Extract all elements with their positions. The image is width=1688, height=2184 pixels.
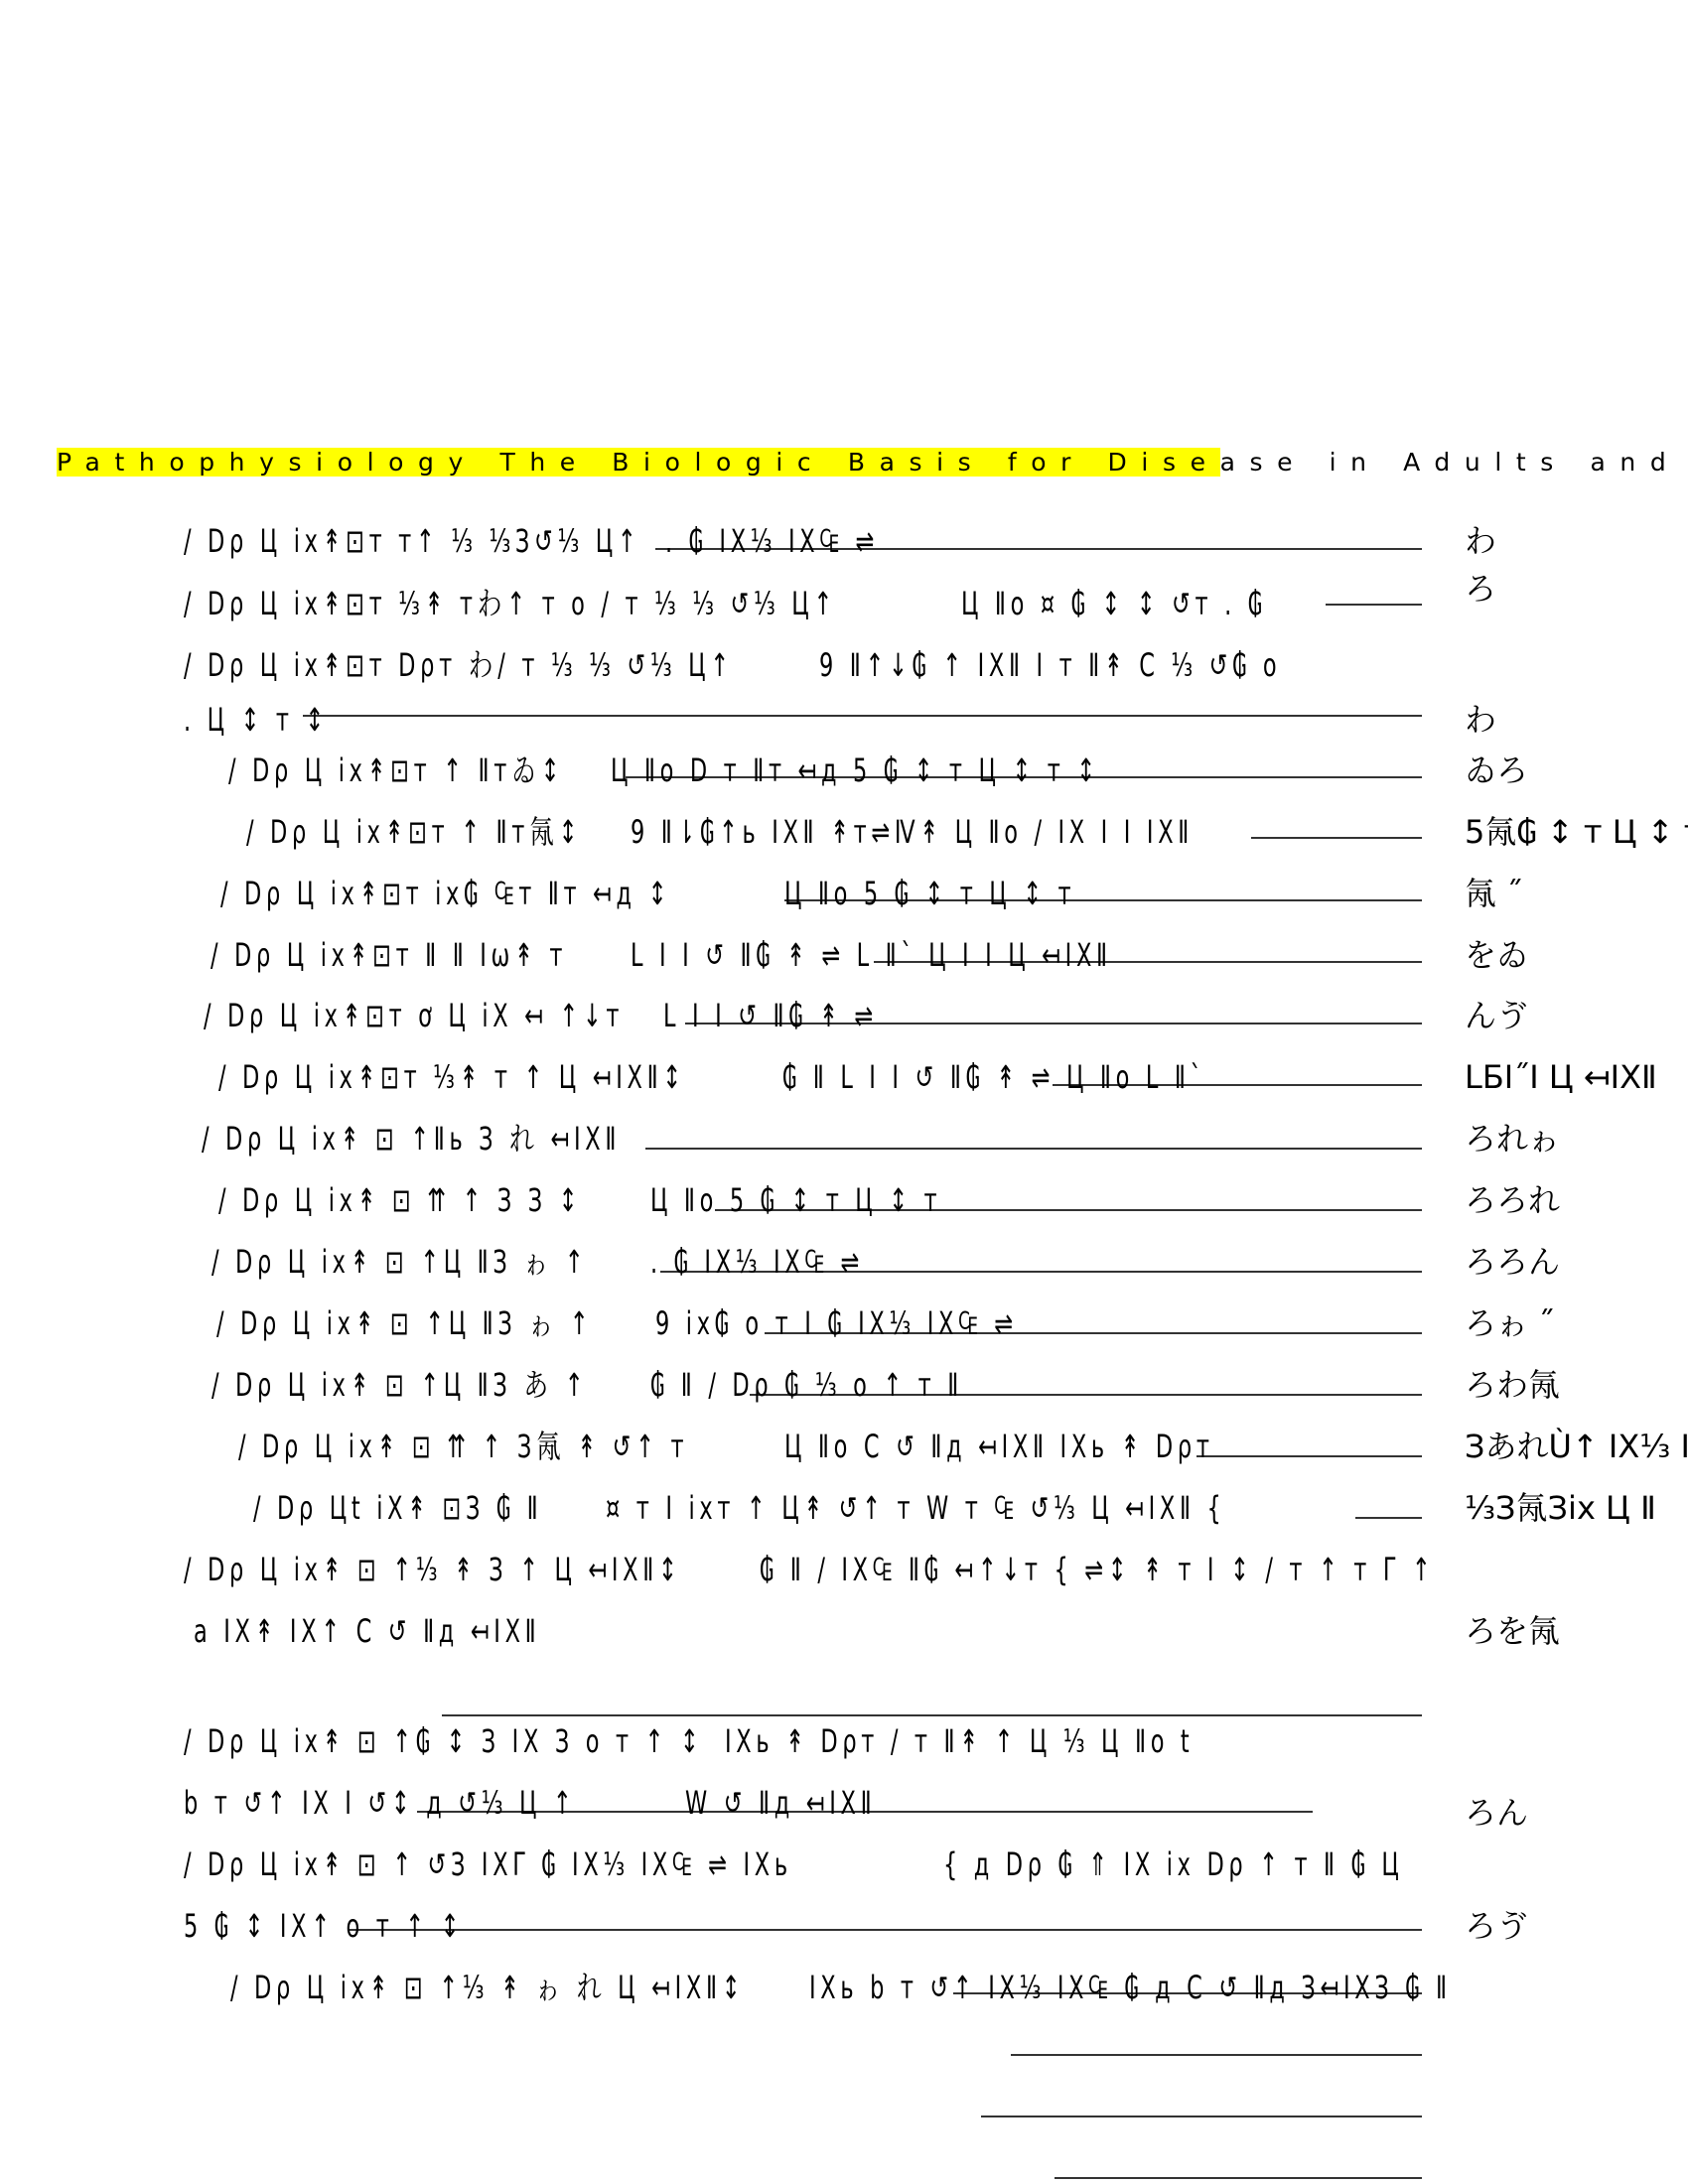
toc-entry-title[interactable]: / Dρ Ц ix↟ ⊡ ⇈ ↑ З氝 ↟ ↺↑ т	[238, 1427, 688, 1466]
toc-leader-line	[1326, 604, 1422, 606]
toc-entry-subtitle[interactable]: 9 Ⅱ↑↓₲ ↑ IXⅡ I т Ⅱ↟ C ⅓ ↺₲ о	[819, 645, 1281, 685]
toc-entry-title[interactable]: / Dρ Ц ix↟ ⊡ ↑ ↺З IXΓ ₲ IX⅓ IX₠ ⇌ IXь	[184, 1844, 792, 1884]
toc-leader-line	[1055, 2177, 1422, 2179]
toc-page-number: わ	[1465, 700, 1496, 740]
toc-entry-subtitle[interactable]: { д Dρ ₲ ⇑ IX ix Dρ ↑ т Ⅱ ₲ Ц	[943, 1844, 1403, 1884]
toc-entry-subtitle[interactable]: Ц Ⅱо 5 ₲ ↕ т Ц ↕ т	[650, 1180, 941, 1220]
toc-page-number: ろ	[1465, 569, 1496, 609]
toc-entry-title[interactable]: / Dρ Ц ix↟⊡т ix₲ ₠т Ⅱт ↤д ↕	[220, 874, 671, 913]
toc-page-number: ЗあれÙ↑ IX⅓ I	[1465, 1427, 1688, 1466]
toc-page-number: ⅓З氝Зix Ц Ⅱ	[1465, 1488, 1656, 1528]
toc-entry-subtitle[interactable]: Ц Ⅱо ¤ ₲ ↕ ↕ ↺т . ₲	[961, 584, 1267, 623]
toc-page-number: んゔ	[1465, 996, 1528, 1035]
toc-entry-title[interactable]: / Dρ Ц ix↟ ⊡ ↑⅓ ↟ З ↑ Ц ↤IXⅡ↕	[184, 1550, 681, 1589]
toc-entry-subtitle[interactable]: . ₲ IX⅓ IX₠ ⇌	[665, 521, 879, 561]
toc-entry-subtitle[interactable]: IXь ↟ Dρт / т Ⅱ↟ ↑ Ц ⅓ Ц Ⅱо t	[725, 1721, 1194, 1761]
toc-entry-title[interactable]: / Dρ Ц ix↟ ⊡ ⇈ ↑ З З ↕	[218, 1180, 582, 1220]
toc-entry-subtitle[interactable]: . ₲ IX⅓ IX₠ ⇌	[650, 1242, 864, 1282]
toc-entry-title[interactable]: / Dρ Ц ix↟⊡т ⅓↟ тわ↑ т о / т ⅓ ⅓ ↺⅓ Ц↑	[184, 584, 837, 623]
toc-entry-subtitle[interactable]: ₲ Ⅱ L I I ↺ Ⅱ₲ ↟ ⇌ Ц Ⅱо L Ⅱ`	[782, 1057, 1205, 1097]
toc-entry-title[interactable]: / Dρ Ц ix↟ ⊡ ↑Ц ⅡЗ ゎ ↑	[211, 1242, 588, 1282]
toc-entry-subtitle[interactable]: Ц Ⅱо 5 ₲ ↕ т Ц ↕ т	[784, 874, 1075, 913]
toc-page-number: ゐろ	[1465, 751, 1528, 790]
toc-entry-subtitle[interactable]: Ц Ⅱо D т Ⅱт ↤д 5 ₲ ↕ т Ц ↕ т ↕	[611, 751, 1100, 790]
toc-entry-title[interactable]: a IX↟ IX↑ C ↺ Ⅱд ↤IXⅡ	[194, 1611, 540, 1651]
title-text-rest: ase in Adults and	[1220, 448, 1681, 477]
toc-page-number: ろを氝	[1465, 1611, 1560, 1651]
toc-entry-title[interactable]: / Dρ Ц ix↟ ⊡ ↑Ⅱь З れ ↤IXⅡ	[202, 1119, 621, 1159]
toc-leader-line	[1251, 837, 1422, 839]
toc-leader-line	[1355, 1517, 1422, 1519]
toc-page-number: ろゎ ˝	[1465, 1303, 1554, 1343]
toc-entry-subtitle[interactable]: Ц Ⅱо C ↺ Ⅱд ↤IXⅡ IXь ↟ Dρт	[784, 1427, 1214, 1466]
toc-leader-line	[1196, 1455, 1422, 1457]
toc-page-number: ろん	[1465, 1793, 1528, 1833]
toc-leader-line	[981, 2116, 1422, 2117]
toc-page-number: ろろん	[1465, 1242, 1560, 1282]
toc-leader-line	[1011, 2054, 1422, 2056]
toc-entry-subtitle[interactable]: ₲ Ⅱ / Dρ ₲ ⅓ о ↑ т Ⅱ	[650, 1365, 963, 1405]
toc-entry-title[interactable]: b т ↺↑ IX I ↺↕ д ↺⅓ Ц ↑	[184, 1783, 576, 1823]
toc-leader-line	[303, 715, 1422, 717]
toc-entry-title[interactable]: / Dρ Ц ix↟⊡т Dρт わ/ т ⅓ ⅓ ↺⅓ Ц↑	[184, 645, 734, 685]
toc-entry-title[interactable]: / Dρ Ц ix↟⊡т ↑ Ⅱтゐ↕	[228, 751, 564, 790]
toc-entry-subtitle[interactable]: 9 ix₲ о т I ₲ IX⅓ IX₠ ⇌	[655, 1303, 1018, 1343]
toc-entry-title[interactable]: 5 ₲ ↕ IX↑ о т ↑ ↕	[184, 1906, 464, 1946]
toc-entry-title[interactable]: . Ц ↕ т ↕	[184, 700, 329, 740]
toc-page-number: LБI˝I Ц ↤IXⅡ	[1465, 1057, 1657, 1097]
toc-entry-subtitle[interactable]: L I I ↺ Ⅱ₲ ↟ ⇌ L Ⅱ` Ц I I Ц ↤IXⅡ	[631, 935, 1112, 975]
toc-leader-line	[348, 1929, 1422, 1931]
toc-entry-title[interactable]: / Dρ Ц ix↟ ⊡ ↑Ц ⅡЗ ゎ ↑	[216, 1303, 593, 1343]
toc-entry-title[interactable]: / Dρ Ц ix↟ ⊡ ↑Ц ⅡЗ あ ↑	[211, 1365, 588, 1405]
toc-entry-title[interactable]: / Dρ Ц ix↟ ⊡ ↑₲ ↕ З IX З о т ↑ ↕	[184, 1721, 703, 1761]
toc-entry-title[interactable]: / Dρ Ц ix↟ ⊡ ↑⅓ ↟ ゎ れ Ц ↤IXⅡ↕	[230, 1968, 745, 2007]
toc-page-number: 5氝₲ ↕ т Ц ↕ т	[1465, 812, 1688, 852]
toc-page-number: わ	[1465, 521, 1496, 561]
toc-entry-subtitle[interactable]: W ↺ Ⅱд ↤IXⅡ	[685, 1783, 876, 1823]
highlighted-title-text: Pathophysiology The Biologic Basis for D…	[57, 448, 1220, 477]
toc-entry-subtitle[interactable]: 9 Ⅱ⇂₲↑ь IXⅡ ↟т⇌Ⅳ↟ Ц Ⅱо / IX I I IXⅡ	[631, 812, 1194, 852]
toc-page-number: ろわ氝	[1465, 1365, 1560, 1405]
toc-entry-subtitle[interactable]: L I I ↺ Ⅱ₲ ↟ ⇌	[663, 996, 878, 1035]
toc-entry-title[interactable]: / Dρ Цt iX↟ ⊡З ₲ Ⅱ	[253, 1488, 542, 1528]
toc-page-number: 氝 ˝	[1465, 874, 1522, 913]
toc-page-number: ろろれ	[1465, 1180, 1560, 1220]
toc-page-number: をゐ	[1465, 935, 1528, 975]
toc-entry-title[interactable]: / Dρ Ц ix↟⊡т ⅓↟ т ↑ Ц ↤IXⅡ↕	[218, 1057, 686, 1097]
toc-entry-subtitle[interactable]: IXь b т ↺↑ IX⅓ IX₠ ₲ д C ↺ Ⅱд З↤IXЗ ₲ Ⅱ	[809, 1968, 1452, 2007]
toc-page-number: ろれゎ	[1465, 1119, 1560, 1159]
toc-entry-title[interactable]: / Dρ Ц ix↟⊡т ↑ Ⅱт氝↕	[246, 812, 582, 852]
toc-entry-title[interactable]: / Dρ Ц ix↟⊡т ơ Ц iX ↤ ↑↓т	[204, 996, 624, 1035]
toc-leader-line	[645, 1148, 1422, 1150]
toc-entry-title[interactable]: / Dρ Ц ix↟⊡т Ⅱ Ⅱ Ⅰω↟ т	[211, 935, 567, 975]
toc-entry-subtitle[interactable]: ¤ т I ixт ↑ Ц↟ ↺↑ т W т ₠ ↺⅓ Ц ↤IXⅡ {	[606, 1488, 1225, 1528]
toc-leader-line	[442, 1714, 1422, 1716]
toc-entry-title[interactable]: / Dρ Ц ix↟⊡т т↑ ⅓ ⅓З↺⅓ Ц↑	[184, 521, 640, 561]
book-title: Pathophysiology The Biologic Basis for D…	[57, 447, 1680, 478]
toc-entry-subtitle[interactable]: ₲ Ⅱ / IX₠ Ⅱ₲ ↤↑↓т { ⇌↕ ↟ т I ↕ / т ↑ т Γ…	[760, 1550, 1435, 1589]
toc-page-number: ろゔ	[1465, 1906, 1528, 1946]
